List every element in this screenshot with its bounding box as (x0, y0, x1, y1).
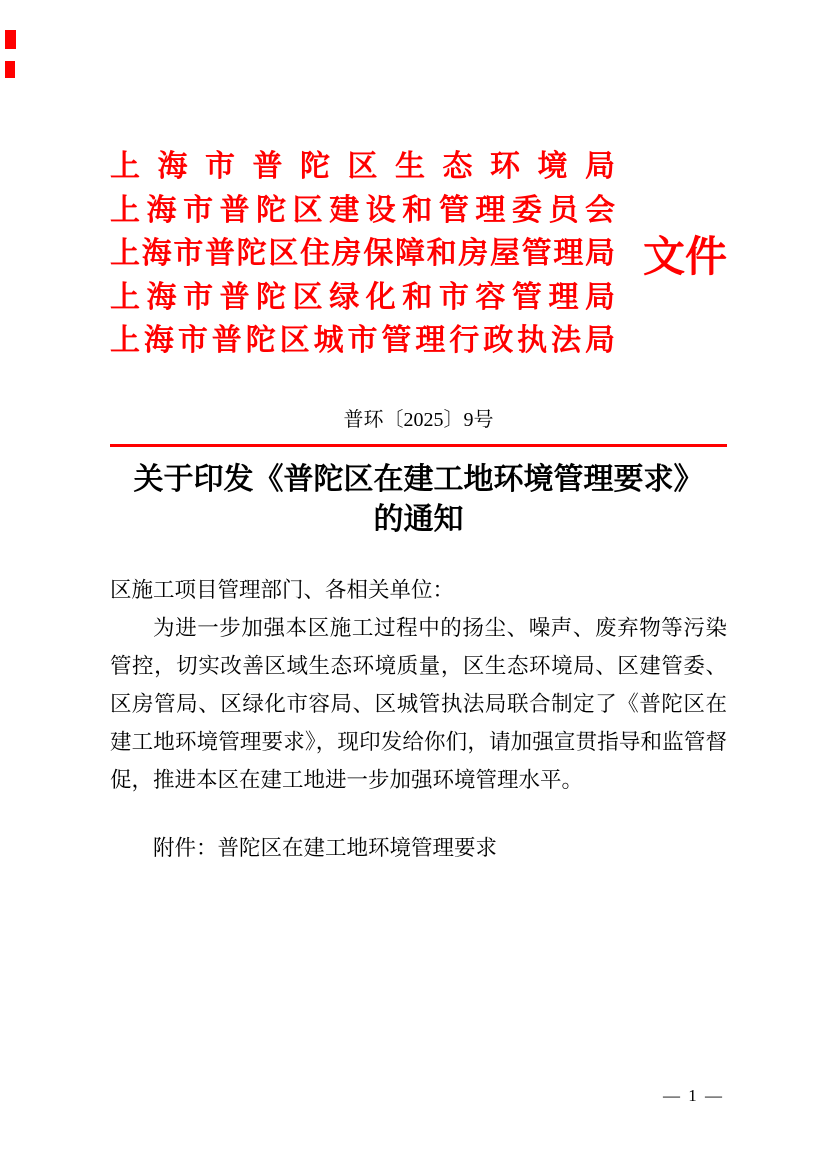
document-page: 上海市普陀区生态环境局 上海市普陀区建设和管理委员会 上海市普陀区住房保障和房屋… (0, 0, 826, 1169)
document-type-label: 文件 (643, 224, 727, 284)
document-title-line1: 关于印发《普陀区在建工地环境管理要求》 (110, 460, 727, 500)
document-letterhead: 上海市普陀区生态环境局 上海市普陀区建设和管理委员会 上海市普陀区住房保障和房屋… (110, 145, 727, 363)
agency-name: 上海市普陀区城市管理行政执法局 (110, 319, 615, 363)
body-paragraph: 为进一步加强本区施工过程中的扬尘、噪声、废弃物等污染管控，切实改善区域生态环境质… (110, 609, 727, 799)
agency-name: 上海市普陀区建设和管理委员会 (110, 189, 615, 233)
agency-name: 上海市普陀区生态环境局 (110, 145, 615, 189)
agency-name: 上海市普陀区绿化和市容管理局 (110, 276, 615, 320)
document-title-line2: 的通知 (110, 500, 727, 540)
agency-name: 上海市普陀区住房保障和房屋管理局 (110, 232, 615, 276)
issuing-agencies: 上海市普陀区生态环境局 上海市普陀区建设和管理委员会 上海市普陀区住房保障和房屋… (110, 145, 615, 363)
document-title: 关于印发《普陀区在建工地环境管理要求》 的通知 (110, 460, 727, 540)
salutation-line: 区施工项目管理部门、各相关单位： (110, 571, 727, 609)
red-scan-mark (5, 30, 16, 49)
page-number: — 1 — (663, 1086, 724, 1106)
attachment-line: 附件：普陀区在建工地环境管理要求 (110, 829, 727, 867)
document-body: 区施工项目管理部门、各相关单位： 为进一步加强本区施工过程中的扬尘、噪声、废弃物… (110, 571, 727, 867)
document-number: 普环〔2025〕9号 (110, 408, 727, 432)
red-divider-line (110, 444, 727, 447)
red-scan-mark (5, 61, 15, 78)
